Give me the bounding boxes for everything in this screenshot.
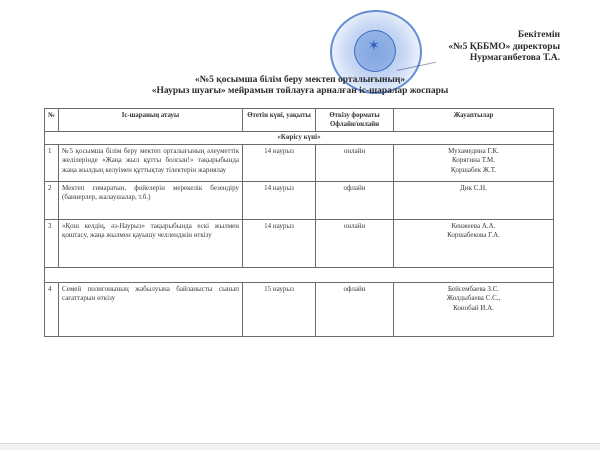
row-responsible: Кенжеева А.А. Коршабекова Г.А. [394, 219, 554, 267]
table-row: 1 №5 қосымша білім беру мектеп орталығын… [45, 144, 554, 181]
row-date: 14 наурыз [243, 219, 316, 267]
header-name: Іс-шараның атауы [59, 109, 243, 132]
responsible-person: Корягина Т.М. [397, 156, 550, 166]
empty-row [45, 267, 554, 282]
title-line-1: «№5 қосымша білім беру мектеп орталығыны… [100, 75, 500, 86]
header-date: Өтетін күні, уақыты [243, 109, 316, 132]
header-responsible: Жауаптылар [394, 109, 554, 132]
row-responsible: Дик С.Н. [394, 181, 554, 219]
row-date: 15 наурыз [243, 282, 316, 336]
row-responsible: Мухамедина Г.К. Корягина Т.М. Қоршабек Ж… [394, 144, 554, 181]
table-row: 3 «Қош келдің, әз-Наурыз» тақырыбында ес… [45, 219, 554, 267]
row-format: онлайн [316, 144, 394, 181]
row-no: 4 [45, 282, 59, 336]
responsible-person: Қоршабек Ж.Т. [397, 166, 550, 176]
row-no: 1 [45, 144, 59, 181]
approval-line-3: Нурмаганбетова Т.А. [448, 53, 560, 65]
approval-line-1: Бекітемін [448, 30, 560, 42]
page-bottom-edge [0, 443, 600, 450]
row-date: 14 наурыз [243, 144, 316, 181]
events-plan-table: № Іс-шараның атауы Өтетін күні, уақыты Ө… [44, 108, 554, 337]
header-format: Өткізу форматы Офлайн/онлайн [316, 109, 394, 132]
approval-block: Бекітемін «№5 ҚББМО» директоры Нурмаганб… [448, 30, 560, 65]
row-responsible: Бейсембаева З.С. Жолдыбаева С.С., Коноба… [394, 282, 554, 336]
responsible-person: Мухамедина Г.К. [397, 147, 550, 157]
row-no: 2 [45, 181, 59, 219]
section-title: «Көрісу күні» [45, 132, 554, 145]
row-format: офлайн [316, 282, 394, 336]
responsible-person: Кенжеева А.А. [397, 222, 550, 232]
title-line-2: «Наурыз шуағы» мейрамын тойлауға арналға… [100, 86, 500, 97]
empty-cell [45, 267, 554, 282]
approval-line-2: «№5 ҚББМО» директоры [448, 42, 560, 54]
row-name: Семей полигонының жабылуына байланысты с… [59, 282, 243, 336]
table-header-row: № Іс-шараның атауы Өтетін күні, уақыты Ө… [45, 109, 554, 132]
table-row: 4 Семей полигонының жабылуына байланысты… [45, 282, 554, 336]
header-no: № [45, 109, 59, 132]
row-date: 14 наурыз [243, 181, 316, 219]
responsible-person: Коршабекова Г.А. [397, 231, 550, 241]
row-name: №5 қосымша білім беру мектеп орталығының… [59, 144, 243, 181]
seal-star-icon: ✶ [368, 40, 380, 54]
row-format: офлайн [316, 181, 394, 219]
row-no: 3 [45, 219, 59, 267]
responsible-person: Жолдыбаева С.С., [397, 294, 550, 304]
responsible-person: Бейсембаева З.С. [397, 285, 550, 295]
table-row: 2 Мектеп ғимаратын, фойелерін мерекелік … [45, 181, 554, 219]
responsible-person: Дик С.Н. [397, 184, 550, 194]
row-name: Мектеп ғимаратын, фойелерін мерекелік бе… [59, 181, 243, 219]
document-title: «№5 қосымша білім беру мектеп орталығыны… [100, 75, 500, 97]
row-name: «Қош келдің, әз-Наурыз» тақырыбында ескі… [59, 219, 243, 267]
responsible-person: Конобай И.А. [397, 304, 550, 314]
row-format: онлайн [316, 219, 394, 267]
section-row: «Көрісу күні» [45, 132, 554, 145]
